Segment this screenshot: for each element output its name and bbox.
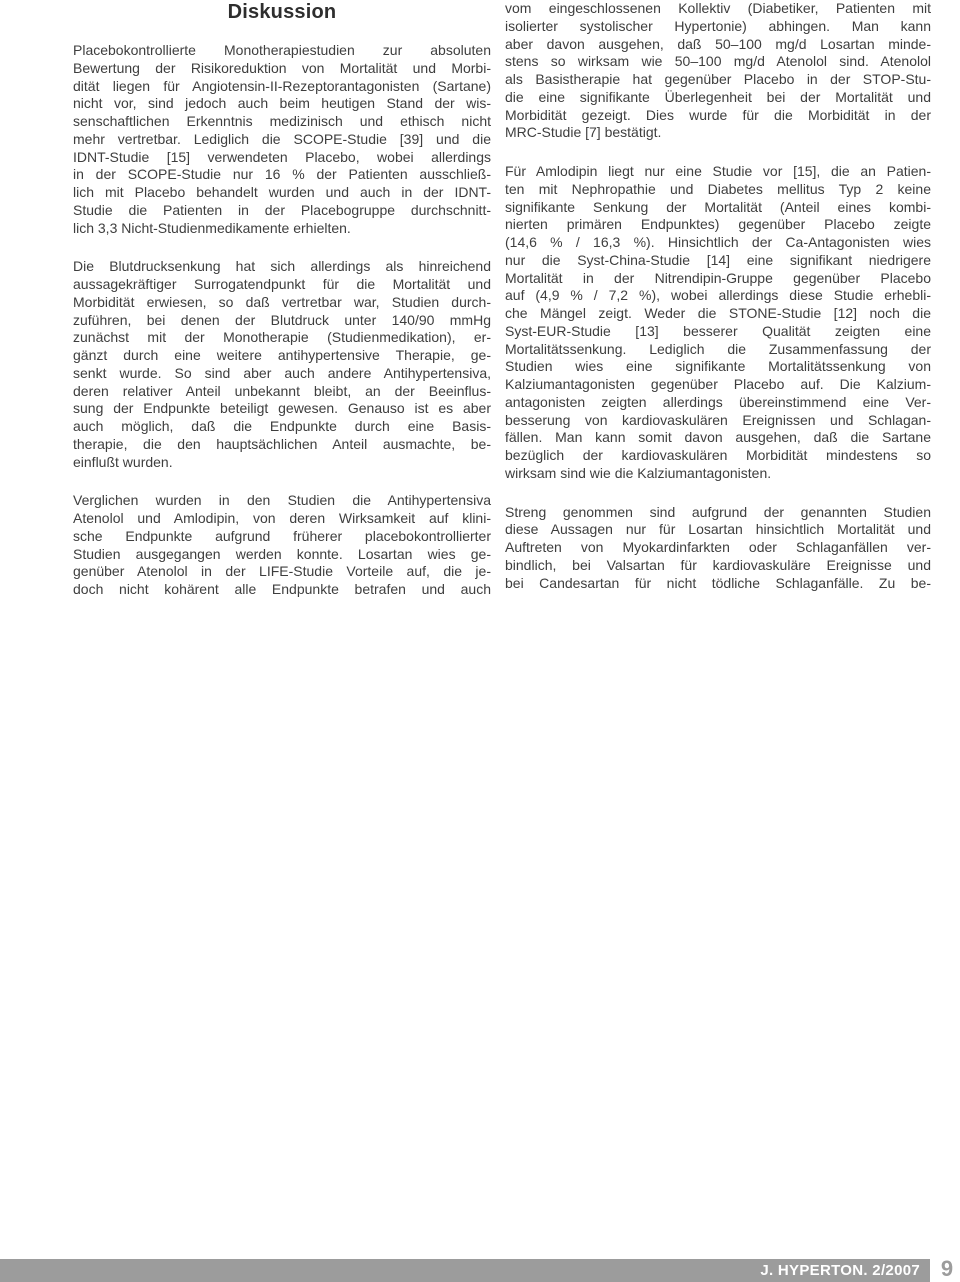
text-line: Studien wies eine signifikante Mortalitä… bbox=[505, 358, 931, 376]
text-line: deren relativer Anteil unbekannt bleibt,… bbox=[73, 383, 491, 401]
text-line: Atenolol und Amlodipin, von deren Wirksa… bbox=[73, 510, 491, 528]
text-line: Syst-EUR-Studie [13] besserer Qualität z… bbox=[505, 323, 931, 341]
text-line: signifikante Senkung der Mortalität (Ant… bbox=[505, 199, 931, 217]
text-line: genüber Atenolol in der LIFE-Studie Vort… bbox=[73, 563, 491, 581]
text-line: Für Amlodipin liegt nur eine Studie vor … bbox=[505, 163, 931, 181]
text-line: einflußt wurden. bbox=[73, 454, 491, 472]
text-line: vom eingeschlossenen Kollektiv (Diabetik… bbox=[505, 0, 931, 18]
text-line: bezüglich der kardiovaskulären Morbiditä… bbox=[505, 447, 931, 465]
text-line: aussagekräftiger Surrogatendpunkt für di… bbox=[73, 276, 491, 294]
text-line: senkt wurde. So sind aber auch andere An… bbox=[73, 365, 491, 383]
text-line: besserung von kardiovaskulären Ereigniss… bbox=[505, 412, 931, 430]
text-line: senschaftlichen Erkenntnis medizinisch u… bbox=[73, 113, 491, 131]
text-line: lich 3,3 Nicht-Studienmedikamente erhiel… bbox=[73, 220, 491, 238]
text-line: MRC-Studie [7] bestätigt. bbox=[505, 124, 931, 142]
text-line: lich mit Placebo behandelt wurden und au… bbox=[73, 184, 491, 202]
page-number: 9 bbox=[934, 1255, 960, 1282]
text-line: antagonisten zeigten allerdings übereins… bbox=[505, 394, 931, 412]
text-line: therapie, die den hauptsächlichen Anteil… bbox=[73, 436, 491, 454]
journal-name: J. HYPERTON. 2/2007 bbox=[760, 1262, 920, 1279]
text-line: Morbidität gezeigt. Dies wurde für die M… bbox=[505, 107, 931, 125]
text-line: aber davon ausgehen, daß 50–100 mg/d Los… bbox=[505, 36, 931, 54]
text-line: die eine signifikante Überlegenheit bei … bbox=[505, 89, 931, 107]
text-line: Kalziumantagonisten gegenüber Placebo au… bbox=[505, 376, 931, 394]
text-line: nicht vor, sind jedoch auch beim heutige… bbox=[73, 95, 491, 113]
text-line: fällen. Man kann somit davon ausgehen, d… bbox=[505, 429, 931, 447]
left-column: Diskussion Placebokontrollierte Monother… bbox=[73, 0, 491, 620]
text-line: in der SCOPE-Studie nur 16 % der Patient… bbox=[73, 166, 491, 184]
text-line: stens so wirksam wie 50–100 mg/d Atenolo… bbox=[505, 53, 931, 71]
document-page: Diskussion Placebokontrollierte Monother… bbox=[0, 0, 960, 1282]
text-line: doch nicht kohärent alle Endpunkte betra… bbox=[73, 581, 491, 599]
text-line: diese Aussagen nur für Losartan hinsicht… bbox=[505, 521, 931, 539]
paragraph: Die Blutdrucksenkung hat sich allerdings… bbox=[73, 258, 491, 471]
text-line: nur die Syst-China-Studie [14] eine sign… bbox=[505, 252, 931, 270]
text-line: zunächst mit der Monotherapie (Studienme… bbox=[73, 329, 491, 347]
text-line: Verglichen wurden in den Studien die Ant… bbox=[73, 492, 491, 510]
text-line: Studien ausgegangen werden konnte. Losar… bbox=[73, 546, 491, 564]
text-line: IDNT-Studie [15] verwendeten Placebo, wo… bbox=[73, 149, 491, 167]
text-line: gänzt durch eine weitere antihypertensiv… bbox=[73, 347, 491, 365]
text-line: sung der Endpunkte beteiligt gewesen. Ge… bbox=[73, 400, 491, 418]
text-line: che Mängel zeigt. Weder die STONE-Studie… bbox=[505, 305, 931, 323]
right-column: vom eingeschlossenen Kollektiv (Diabetik… bbox=[505, 0, 931, 613]
text-line: (14,6 % / 16,3 %). Hinsichtlich der Ca-A… bbox=[505, 234, 931, 252]
paragraph: Placebokontrollierte Monotherapiestudien… bbox=[73, 42, 491, 237]
text-line: sche Endpunkte aufgrund früherer placebo… bbox=[73, 528, 491, 546]
text-line: Auftreten von Myokardinfarkten oder Schl… bbox=[505, 539, 931, 557]
text-line: zuführen, bei denen der Blutdruck unter … bbox=[73, 312, 491, 330]
text-line: mehr vertretbar. Lediglich die SCOPE-Stu… bbox=[73, 131, 491, 149]
text-line: Morbidität erwiesen, so daß vertretbar w… bbox=[73, 294, 491, 312]
journal-footer-bar: J. HYPERTON. 2/2007 bbox=[0, 1259, 930, 1282]
text-line: bei Candesartan für nicht tödliche Schla… bbox=[505, 575, 931, 593]
text-line: Bewertung der Risikoreduktion von Mortal… bbox=[73, 60, 491, 78]
section-heading: Diskussion bbox=[73, 0, 491, 25]
text-line: auf (4,9 % / 7,2 %), wobei allerdings di… bbox=[505, 287, 931, 305]
text-line: Studie die Patienten in der Placebogrupp… bbox=[73, 202, 491, 220]
text-line: bindlich, bei Valsartan für kardiovaskul… bbox=[505, 557, 931, 575]
paragraph: Streng genommen sind aufgrund der genann… bbox=[505, 504, 931, 593]
text-line: Placebokontrollierte Monotherapiestudien… bbox=[73, 42, 491, 60]
paragraph: Für Amlodipin liegt nur eine Studie vor … bbox=[505, 163, 931, 483]
paragraph: vom eingeschlossenen Kollektiv (Diabetik… bbox=[505, 0, 931, 142]
text-line: ten mit Nephropathie und Diabetes mellit… bbox=[505, 181, 931, 199]
paragraph: Verglichen wurden in den Studien die Ant… bbox=[73, 492, 491, 599]
text-line: Mortalitätssenkung. Lediglich die Zusamm… bbox=[505, 341, 931, 359]
text-line: isolierter systolischer Hypertonie) abhi… bbox=[505, 18, 931, 36]
text-line: wirksam sind wie die Kalziumantagonisten… bbox=[505, 465, 931, 483]
text-line: Mortalität in der Nitrendipin-Gruppe geg… bbox=[505, 270, 931, 288]
text-line: als Basistherapie hat gegenüber Placebo … bbox=[505, 71, 931, 89]
text-line: Streng genommen sind aufgrund der genann… bbox=[505, 504, 931, 522]
text-line: nierten primären Endpunktes) gegenüber P… bbox=[505, 216, 931, 234]
text-line: Die Blutdrucksenkung hat sich allerdings… bbox=[73, 258, 491, 276]
text-line: dität liegen für Angiotensin-II-Rezeptor… bbox=[73, 78, 491, 96]
text-line: auch möglich, daß die Endpunkte durch ei… bbox=[73, 418, 491, 436]
